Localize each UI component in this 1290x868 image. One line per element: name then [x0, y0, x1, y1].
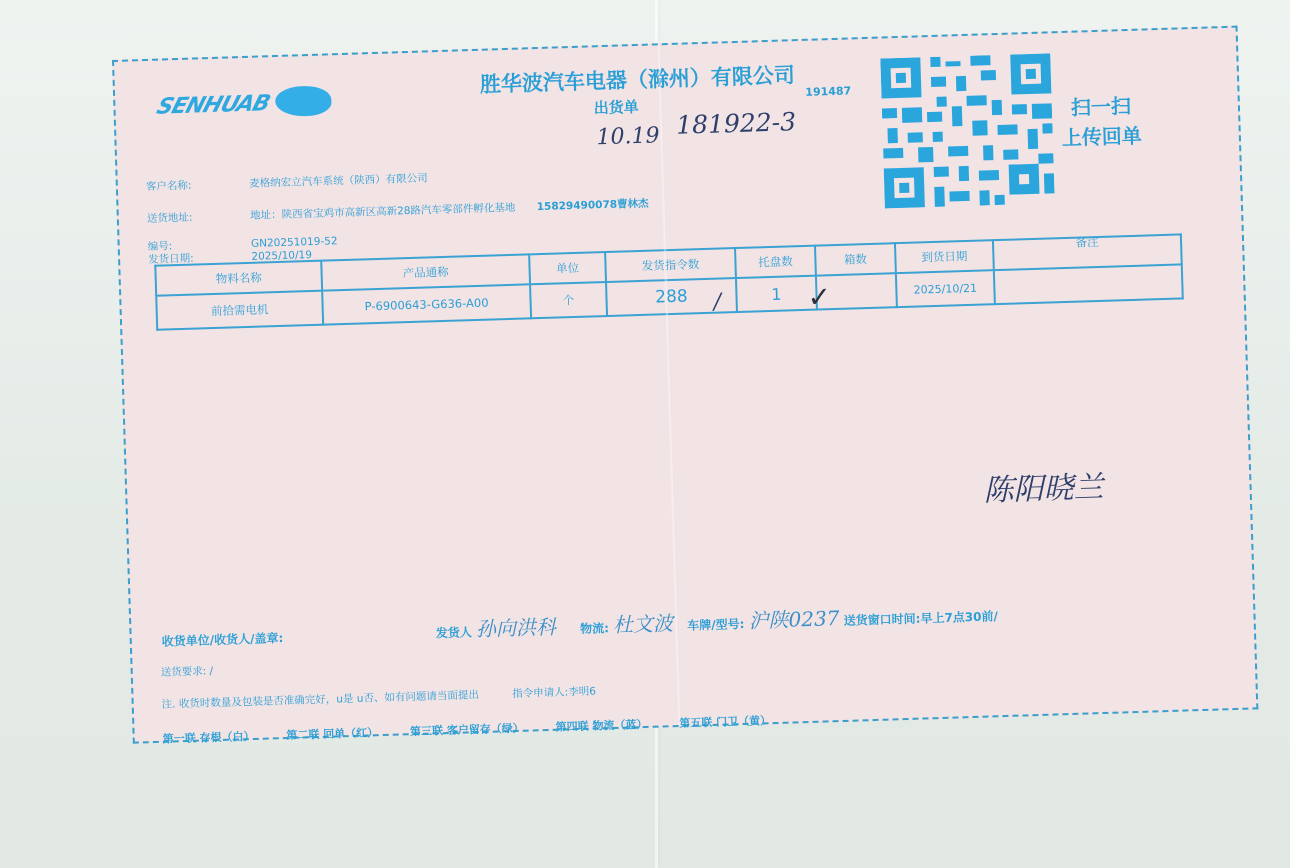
customer-label: 客户名称:: [146, 176, 246, 194]
plate-value: 沪陕0237: [748, 602, 840, 634]
customer-value: 麦格纳宏立汽车系统（陕西）有限公司: [249, 172, 428, 189]
plate-label: 车牌/型号:: [687, 615, 745, 634]
document-title: 出货单: [593, 96, 639, 118]
logistics-value: 杜文波: [613, 607, 684, 638]
scan-upload-label: 扫一扫 上传回单: [1060, 91, 1142, 153]
header-arrival-date: 到货日期: [895, 240, 994, 273]
address-value: 地址：陕西省宝鸡市高新区高新28路汽车零部件孵化基地: [250, 202, 516, 222]
copy-1: 第一联 存根（白）: [163, 730, 255, 746]
qr-code-icon: [880, 53, 1055, 208]
scan-label-line2: 上传回单: [1061, 121, 1142, 153]
cell-material-name: 前拾需电机: [156, 291, 323, 330]
header-pallets: 托盘数: [735, 246, 816, 278]
copy-3: 第三联 客户留存（绿）: [410, 722, 524, 738]
signature-row: 收货单位/收货人/盖章: 发货人 孙向洪科 物流: 杜文波 车牌/型号: 沪陕0…: [161, 597, 998, 652]
shipper-signature: 孙向洪科: [475, 610, 576, 642]
cell-pallets: 1: [736, 276, 817, 312]
company-name: 胜华波汽车电器（滁州）有限公司: [479, 59, 795, 99]
receiver-label: 收货单位/收货人/盖章:: [162, 625, 432, 650]
requester: 指令申请人:李明6: [512, 686, 596, 701]
delivery-requirement: 送货要求: /: [160, 663, 213, 680]
handwritten-date: 10.19: [596, 123, 660, 150]
note-line: 注. 收货时数量及包装是否准确完好，u是 u否、如有问题请当面提出 指令申请人:…: [161, 684, 596, 712]
cell-remarks: [994, 264, 1183, 304]
cell-product-code: P-6900643-G636-A00: [322, 284, 531, 324]
contact-phone: 15829490078曹林杰: [537, 198, 649, 213]
shipper-label: 发货人: [436, 623, 473, 641]
handwritten-code: 181922-3: [676, 107, 797, 140]
header-order-qty: 发货指令数: [605, 248, 736, 282]
header-boxes: 箱数: [815, 243, 896, 275]
address-field: 送货地址: 地址：陕西省宝鸡市高新区高新28路汽车零部件孵化基地 1582949…: [147, 196, 649, 226]
delivery-window: 送货窗口时间:早上7点30前/: [843, 607, 998, 629]
scan-label-line1: 扫一扫: [1060, 91, 1141, 123]
logo-text: SENHUAB: [154, 91, 273, 120]
serial-number: 191487: [805, 84, 851, 98]
logo-blob-icon: [275, 85, 332, 117]
delivery-note: SENHUAB 胜华波汽车电器（滁州）有限公司 出货单 191487 10.19…: [112, 26, 1258, 744]
remarks-label: 备注: [1075, 235, 1098, 250]
customer-field: 客户名称: 麦格纳宏立汽车系统（陕西）有限公司: [146, 170, 428, 194]
cell-unit: 个: [530, 282, 607, 318]
copy-4: 第四联 物流（蓝）: [555, 718, 647, 734]
check-mark-icon: ✓: [807, 280, 831, 314]
header-unit: 单位: [529, 252, 606, 284]
logistics-label: 物流:: [580, 619, 609, 637]
address-label: 送货地址:: [147, 208, 247, 226]
copy-5: 第五联 门卫（黄）: [679, 714, 771, 730]
inspection-note: 注. 收货时数量及包装是否准确完好，u是 u否、如有问题请当面提出: [162, 689, 480, 711]
receiver-signature: 陈阳晓兰: [983, 462, 1104, 510]
cell-arrival-date: 2025/10/21: [896, 270, 995, 307]
handwritten-slash: /: [713, 290, 721, 315]
copy-2: 第二联 回单（红）: [286, 726, 378, 742]
company-logo: SENHUAB: [157, 83, 338, 128]
